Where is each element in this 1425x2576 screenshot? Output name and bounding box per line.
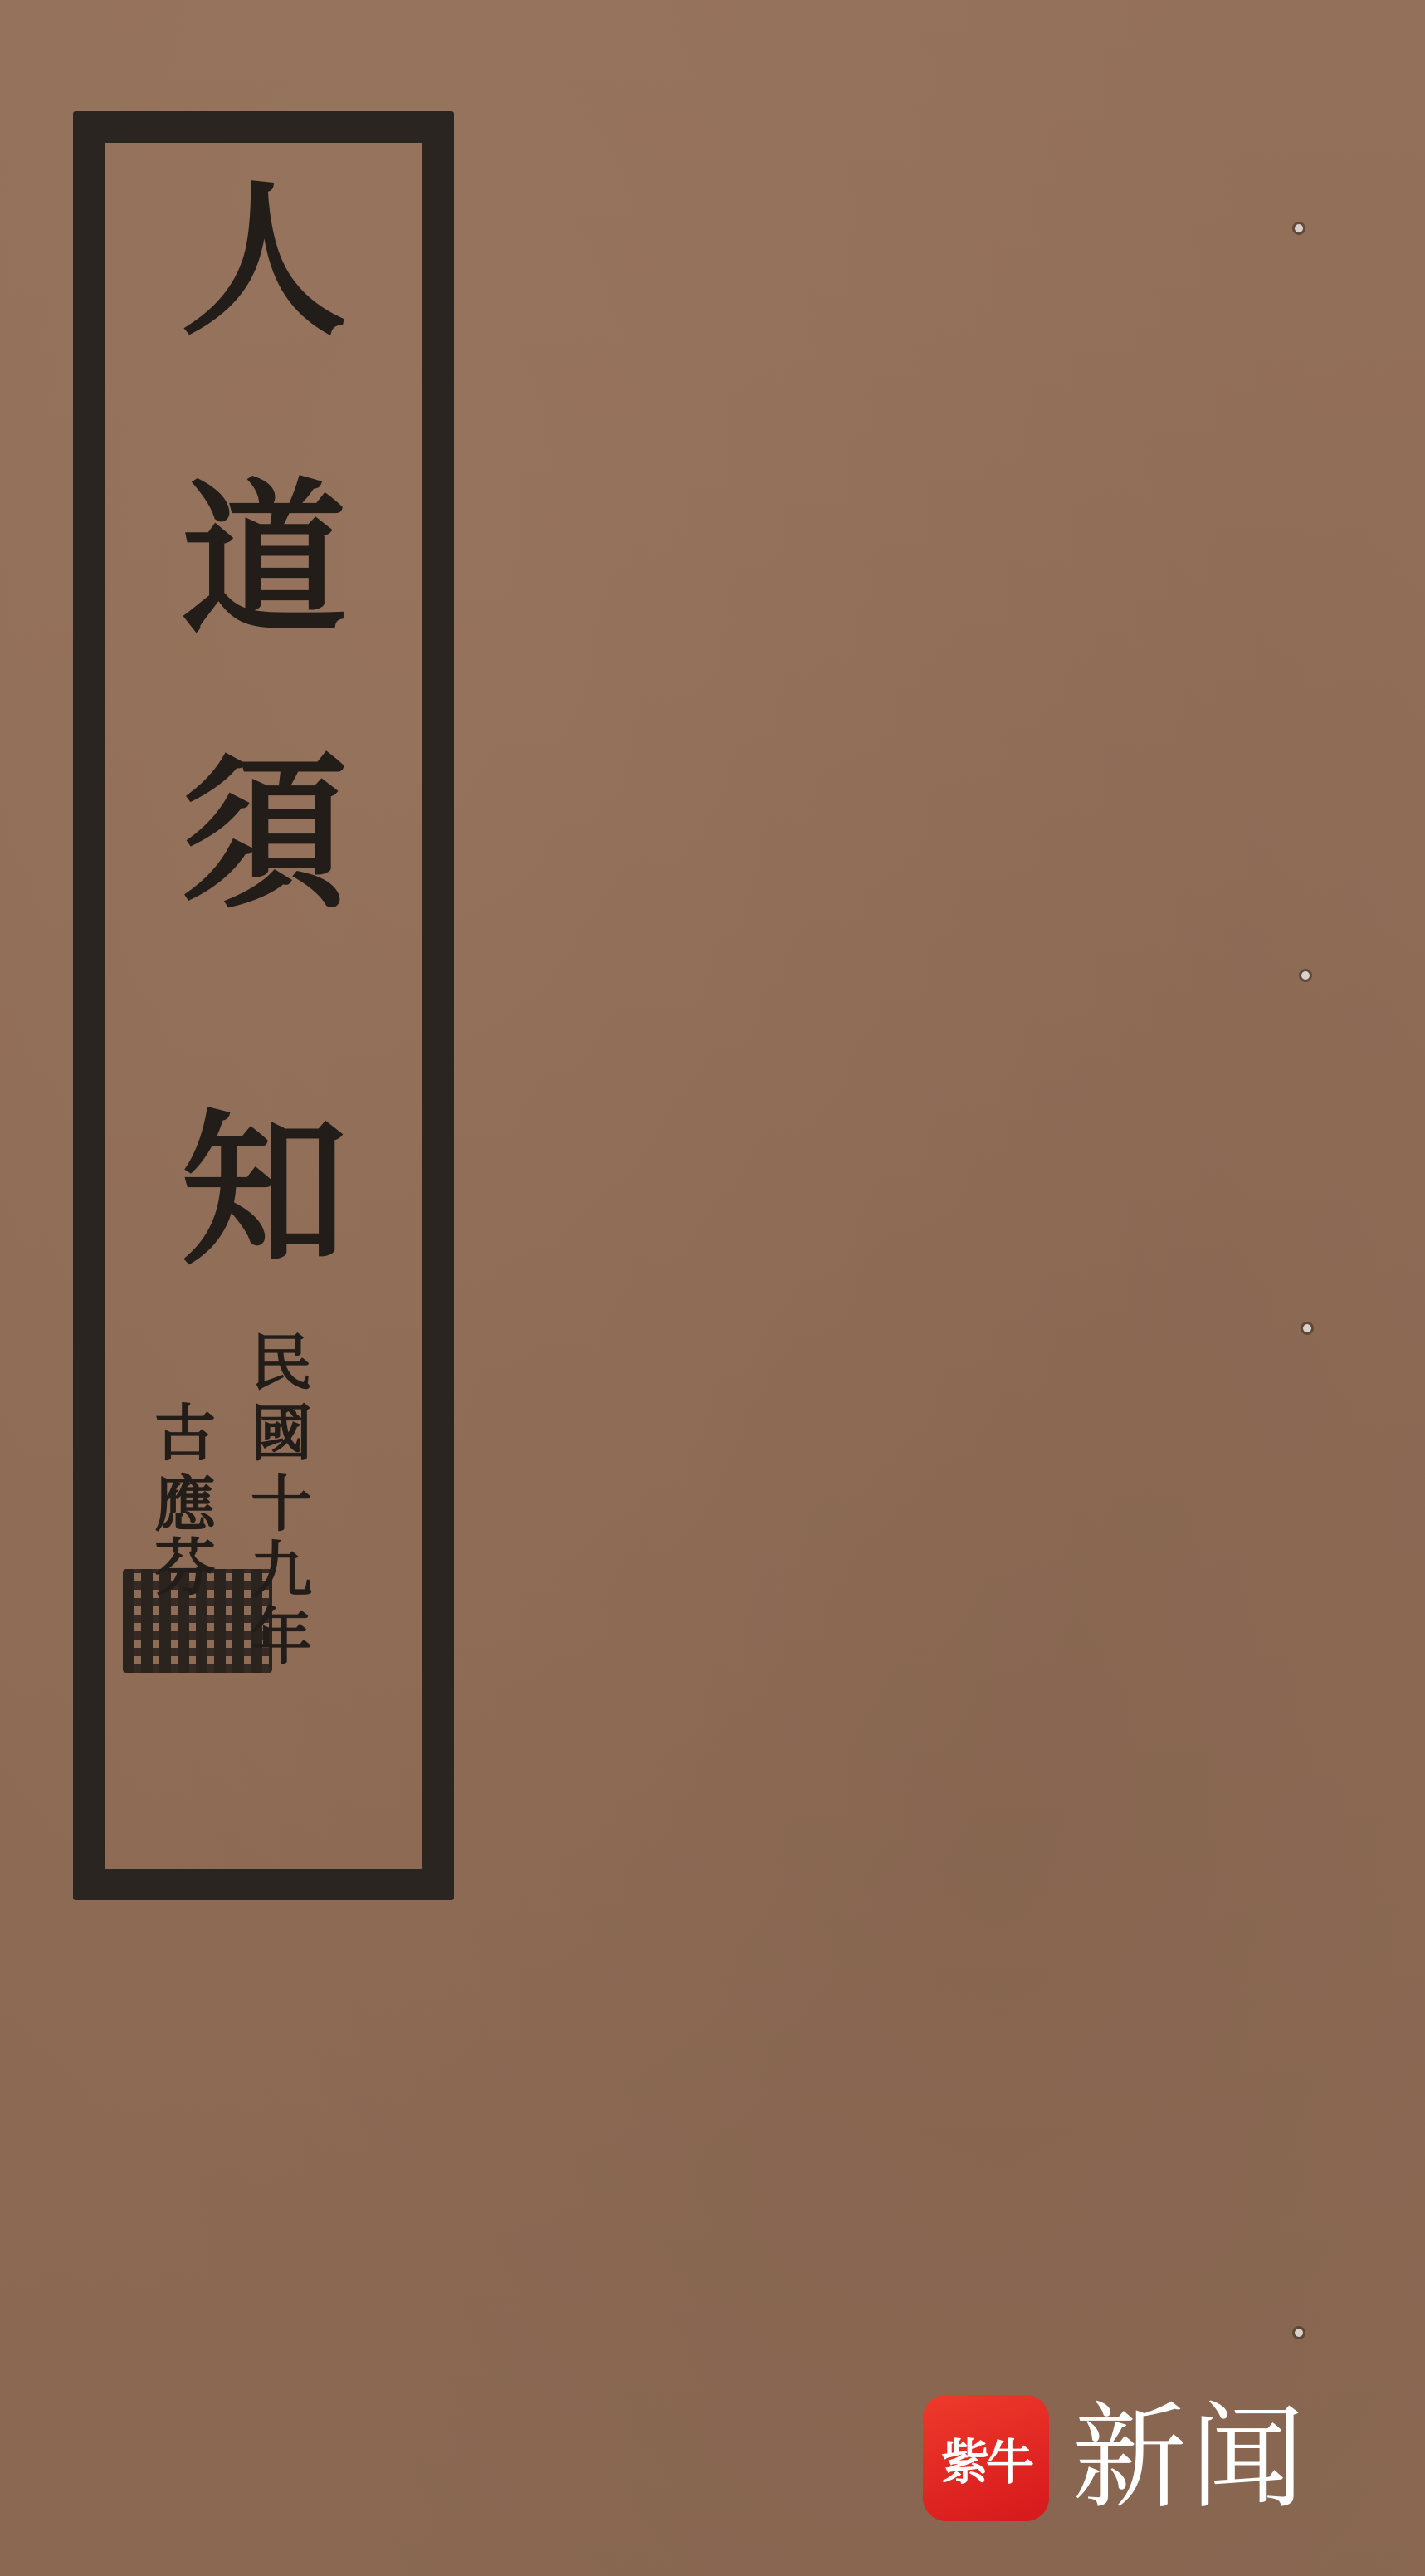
author-char-2: 應: [148, 1474, 222, 1535]
title-char-2: 道: [156, 477, 372, 643]
title-char-3: 須: [156, 751, 372, 917]
logo-badge-text: 紫牛: [941, 2423, 1031, 2493]
zniu-logo-icon: 紫牛: [923, 2395, 1049, 2521]
stitch-hole: [1295, 224, 1303, 232]
date-char-1: 民: [244, 1332, 319, 1394]
date-char-2: 國: [244, 1403, 319, 1464]
author-seal-stamp: [123, 1569, 272, 1673]
date-char-3: 十: [244, 1474, 319, 1535]
stitch-hole: [1303, 1324, 1311, 1332]
title-char-4: 知: [156, 1108, 372, 1274]
stitch-hole: [1301, 971, 1310, 980]
author-char-1: 古: [148, 1403, 222, 1464]
zniu-news-watermark: 紫牛 新闻: [923, 2395, 1308, 2521]
stitch-hole: [1295, 2329, 1303, 2337]
title-char-1: 人: [156, 178, 372, 345]
logo-text: 新闻: [1072, 2401, 1308, 2515]
